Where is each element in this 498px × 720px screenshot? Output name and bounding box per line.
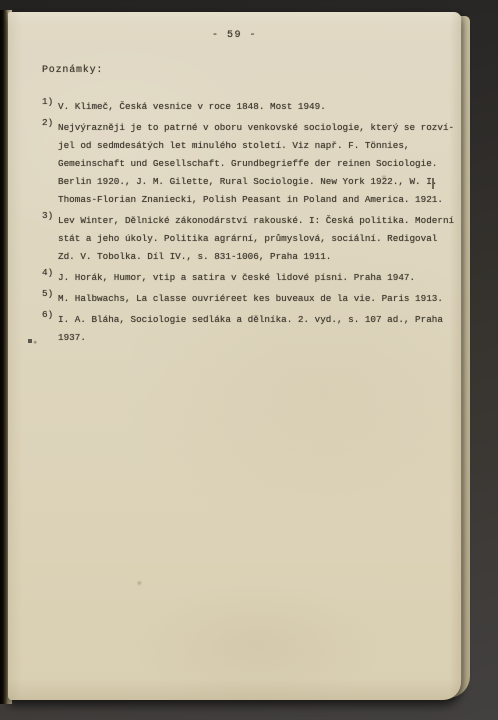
scan-artifact-line <box>432 178 434 189</box>
footnote-text-line: V. Klimeč, Česká vesnice v roce 1848. Mo… <box>58 98 461 116</box>
footnote-item: 6)I. A. Bláha, Sociologie sedláka a děln… <box>42 311 461 347</box>
footnote-text-line: Lev Winter, Dělnické zákonodárství rakou… <box>58 212 461 230</box>
footnote-number: 1) <box>42 93 58 111</box>
footnote-text-line: Zd. V. Tobolka. Díl IV., s. 831-1006, Pr… <box>58 248 461 266</box>
footnote-text-line: Gemeinschaft und Gesellschaft. Grundbegr… <box>58 155 461 173</box>
scanner-backdrop: - 59 - Poznámky: 1)V. Klimeč, Česká vesn… <box>0 0 498 720</box>
footnote-text-line: stát a jeho úkoly. Politika agrární, prů… <box>58 230 461 248</box>
footnote-text-line: Berlin 1920., J. M. Gilette, Rural Socio… <box>58 173 461 191</box>
footnote-text-line: I. A. Bláha, Sociologie sedláka a dělník… <box>58 311 461 329</box>
footnote-text: Nejvýrazněji je to patrné v oboru venkov… <box>58 119 461 209</box>
footnote-item: 5)M. Halbwachs, La classe ouvriéreet kes… <box>42 290 461 308</box>
footnote-item: 4)J. Horák, Humor, vtip a satira v české… <box>42 269 461 287</box>
footnote-text: J. Horák, Humor, vtip a satira v české l… <box>58 269 461 287</box>
footnote-text-line: Nejvýrazněji je to patrné v oboru venkov… <box>58 119 461 137</box>
footnote-text: I. A. Bláha, Sociologie sedláka a dělník… <box>58 311 461 347</box>
scan-artifact-speck <box>28 339 32 343</box>
footnote-list: 1)V. Klimeč, Česká vesnice v roce 1848. … <box>42 98 461 347</box>
footnote-number: 6) <box>42 306 58 324</box>
footnote-text-line: J. Horák, Humor, vtip a satira v české l… <box>58 269 461 287</box>
footnote-text-line: M. Halbwachs, La classe ouvriéreet kes b… <box>58 290 461 308</box>
footnote-text-line: jel od sedmdesátých let minulého století… <box>58 137 461 155</box>
footnote-text: V. Klimeč, Česká vesnice v roce 1848. Mo… <box>58 98 461 116</box>
footnote-item: 2)Nejvýrazněji je to patrné v oboru venk… <box>42 119 461 209</box>
footnote-text: Lev Winter, Dělnické zákonodárství rakou… <box>58 212 461 266</box>
footnote-item: 1)V. Klimeč, Česká vesnice v roce 1848. … <box>42 98 461 116</box>
footnote-text: M. Halbwachs, La classe ouvriéreet kes b… <box>58 290 461 308</box>
footnote-number: 2) <box>42 114 58 132</box>
footnote-number: 4) <box>42 264 58 282</box>
footnote-text-line: Thomas-Florian Znaniecki, Polish Peasant… <box>58 191 461 209</box>
footnote-number: 3) <box>42 207 58 225</box>
footnote-text-line: 1937. <box>58 329 461 347</box>
footnote-number: 5) <box>42 285 58 303</box>
page-number: - 59 - <box>8 12 461 42</box>
notes-heading: Poznámky: <box>42 65 461 77</box>
scanned-page: - 59 - Poznámky: 1)V. Klimeč, Česká vesn… <box>8 12 461 700</box>
footnote-item: 3)Lev Winter, Dělnické zákonodárství rak… <box>42 212 461 266</box>
